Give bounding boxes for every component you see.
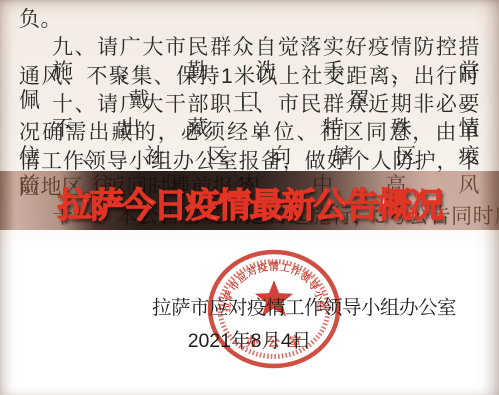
document-line: 负。 [19, 8, 480, 32]
date-line: 2021年8月4日 [0, 325, 499, 353]
headline-title: 拉萨今日疫情最新公告概况 [58, 178, 442, 227]
notice-photo: 负。 九、请广大市民群众自觉落实好疫情防控措施，勤洗手、常 通风、不聚集、保持1… [0, 0, 499, 395]
signature-line: 拉萨市应对疫情工作领导小组办公室 [152, 292, 456, 320]
